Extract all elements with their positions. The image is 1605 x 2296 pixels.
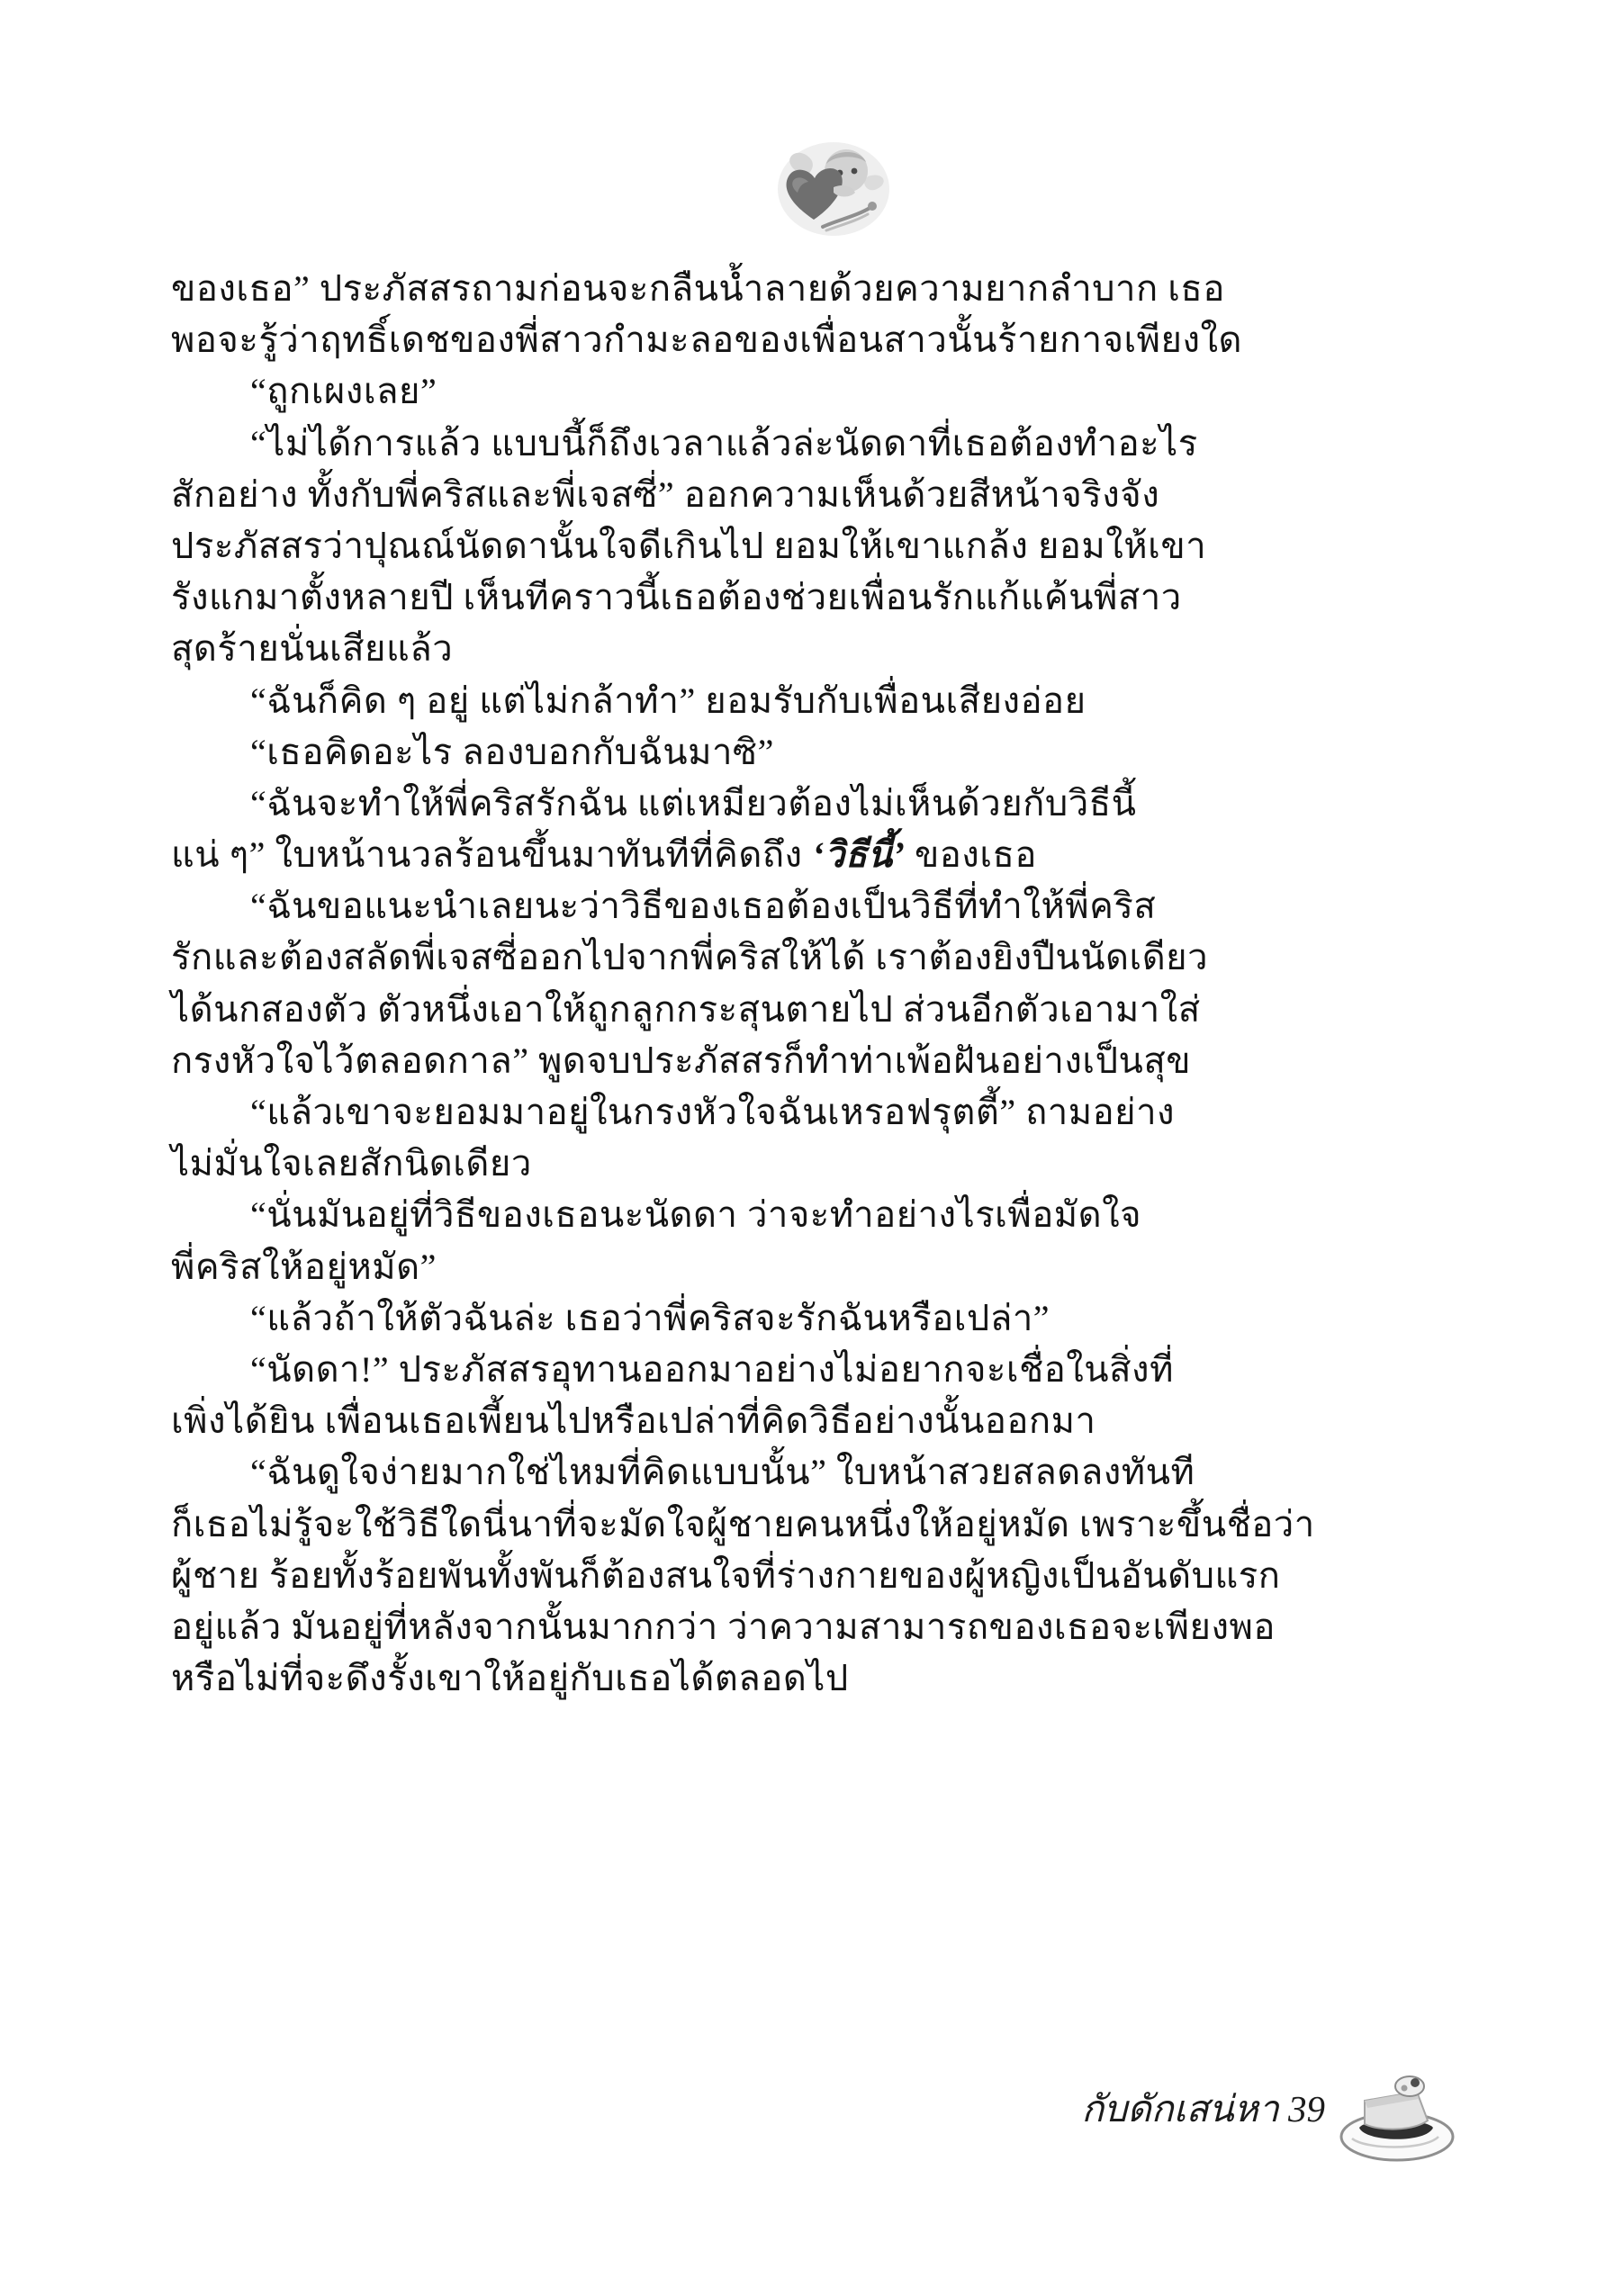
text-line: พี่คริสให้อยู่หมัด” [171,1241,1445,1292]
cupid-heart-svg [763,137,898,243]
text-line: “ฉันก็คิด ๆ อยู่ แต่ไม่กล้าทำ” ยอมรับกับ… [171,675,1445,726]
text-line: ได้นกสองตัว ตัวหนึ่งเอาให้ถูกลูกกระสุนตา… [171,984,1445,1035]
text-segment: ของเธอ [905,834,1037,875]
text-line: หรือไม่ที่จะดึงรั้งเขาให้อยู่กับเธอได้ตล… [171,1652,1445,1704]
text-line: กรงหัวใจไว้ตลอดกาล” พูดจบประภัสสรก็ทำท่า… [171,1035,1445,1086]
page-text-block: ของเธอ” ประภัสสรถามก่อนจะกลืนน้ำลายด้วยค… [171,263,1445,1704]
text-line: รังแกมาตั้งหลายปี เห็นทีคราวนี้เธอต้องช่… [171,572,1445,623]
text-line: “นัดดา!” ประภัสสรอุทานออกมาอย่างไม่อยากจ… [171,1344,1445,1395]
text-line: ไม่มั่นใจเลยสักนิดเดียว [171,1138,1445,1189]
cake-svg [1338,2070,1456,2164]
text-line: “นั่นมันอยู่ที่วิธีของเธอนะนัดดา ว่าจะทำ… [171,1189,1445,1240]
emphasized-phrase: ‘วิธีนี้’ [812,834,905,875]
text-line: รักและต้องสลัดพี่เจสซี่ออกไปจากพี่คริสให… [171,932,1445,983]
page-number: 39 [1288,2088,1325,2129]
text-line: “แล้วถ้าให้ตัวฉันล่ะ เธอว่าพี่คริสจะรักฉ… [171,1292,1445,1344]
cake-icon [1338,2070,1456,2164]
text-line: ประภัสสรว่าปุณณ์นัดดานั้นใจดีเกินไป ยอมใ… [171,520,1445,572]
text-line: “ไม่ได้การแล้ว แบบนี้ก็ถึงเวลาแล้วล่ะนัด… [171,418,1445,469]
text-line: ของเธอ” ประภัสสรถามก่อนจะกลืนน้ำลายด้วยค… [171,263,1445,314]
text-line: พอจะรู้ว่าฤทธิ์เดชของพี่สาวกำมะลอของเพื่… [171,314,1445,365]
book-page: ของเธอ” ประภัสสรถามก่อนจะกลืนน้ำลายด้วยค… [0,0,1605,2296]
text-line: “ฉันดูใจง่ายมากใช่ไหมที่คิดแบบนั้น” ใบหน… [171,1446,1445,1498]
text-line: อยู่แล้ว มันอยู่ที่หลังจากนั้นมากกว่า ว่… [171,1601,1445,1652]
text-segment: แน่ ๆ” ใบหน้านวลร้อนขึ้นมาทันทีที่คิดถึง [171,834,812,875]
text-line: “ฉันจะทำให้พี่คริสรักฉัน แต่เหมียวต้องไม… [171,778,1445,829]
text-line: เพิ่งได้ยิน เพื่อนเธอเพี้ยนไปหรือเปล่าที… [171,1395,1445,1446]
footer: กับดักเสน่หา 39 [1081,2070,1456,2164]
text-line: ก็เธอไม่รู้จะใช้วิธีใดนี่นาที่จะมัดใจผู้… [171,1499,1445,1550]
book-title: กับดักเสน่หา [1081,2088,1278,2129]
text-line: ผู้ชาย ร้อยทั้งร้อยพันทั้งพันก็ต้องสนใจท… [171,1550,1445,1601]
cupid-heart-icon [763,137,898,243]
text-line: แน่ ๆ” ใบหน้านวลร้อนขึ้นมาทันทีที่คิดถึง… [171,829,1445,880]
footer-title-and-page: กับดักเสน่หา 39 [1081,2080,1325,2155]
text-line: “ฉันขอแนะนำเลยนะว่าวิธีของเธอต้องเป็นวิธ… [171,880,1445,932]
text-line: “เธอคิดอะไร ลองบอกกับฉันมาซิ” [171,726,1445,778]
text-line: “ถูกเผงเลย” [171,365,1445,417]
text-line: สุดร้ายนั่นเสียแล้ว [171,623,1445,674]
text-line: สักอย่าง ทั้งกับพี่คริสและพี่เจสซี่” ออก… [171,469,1445,520]
text-line: “แล้วเขาจะยอมมาอยู่ในกรงหัวใจฉันเหรอฟรุต… [171,1086,1445,1138]
